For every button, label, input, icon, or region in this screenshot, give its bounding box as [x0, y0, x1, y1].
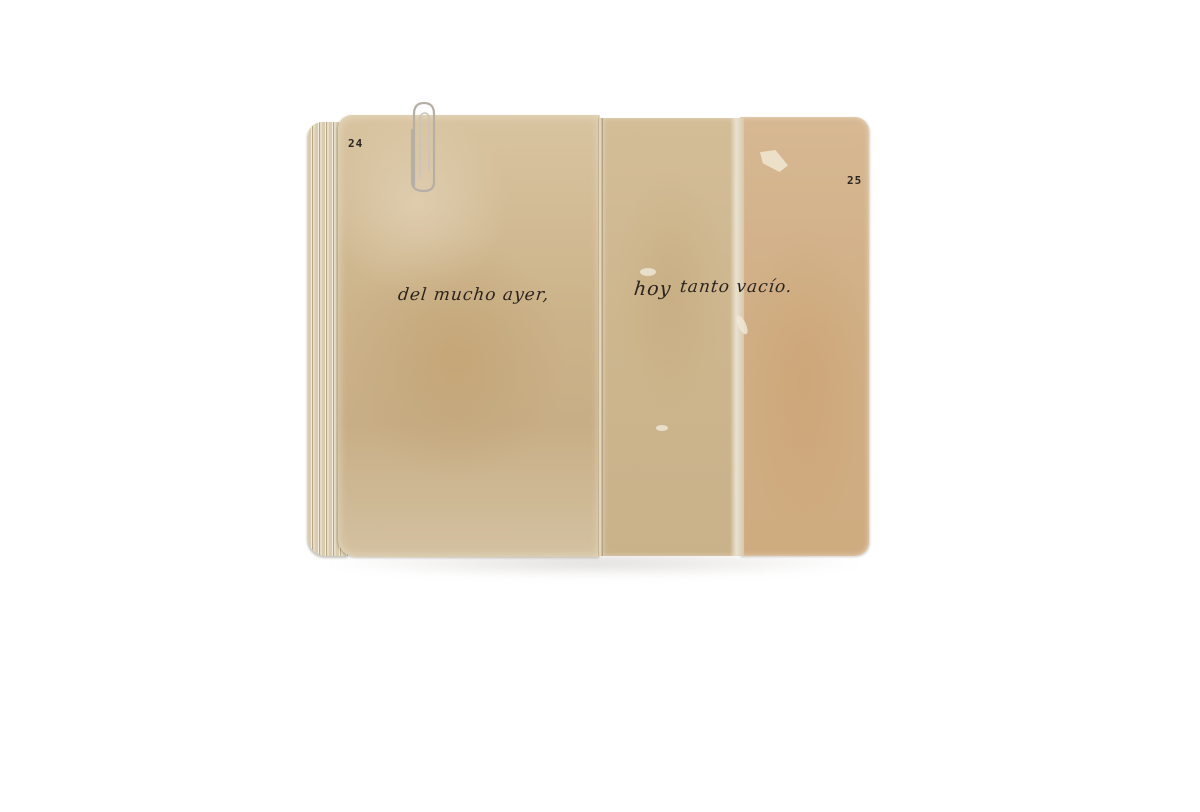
page-number-right: 25	[847, 174, 862, 187]
stain	[640, 268, 656, 276]
stain	[656, 425, 668, 431]
handwriting-right: tanto vacío.	[679, 277, 794, 297]
handwriting-left: del mucho ayer,	[397, 285, 551, 305]
torn-edge	[730, 118, 744, 556]
page-number-left: 24	[348, 137, 363, 150]
handwriting-middle: hoy	[633, 278, 673, 300]
middle-strip	[603, 118, 738, 556]
left-page	[338, 115, 600, 557]
paperclip-icon	[404, 100, 438, 194]
notebook-photo: 24 25 del mucho ayer, hoy tanto vacío.	[0, 0, 1200, 812]
